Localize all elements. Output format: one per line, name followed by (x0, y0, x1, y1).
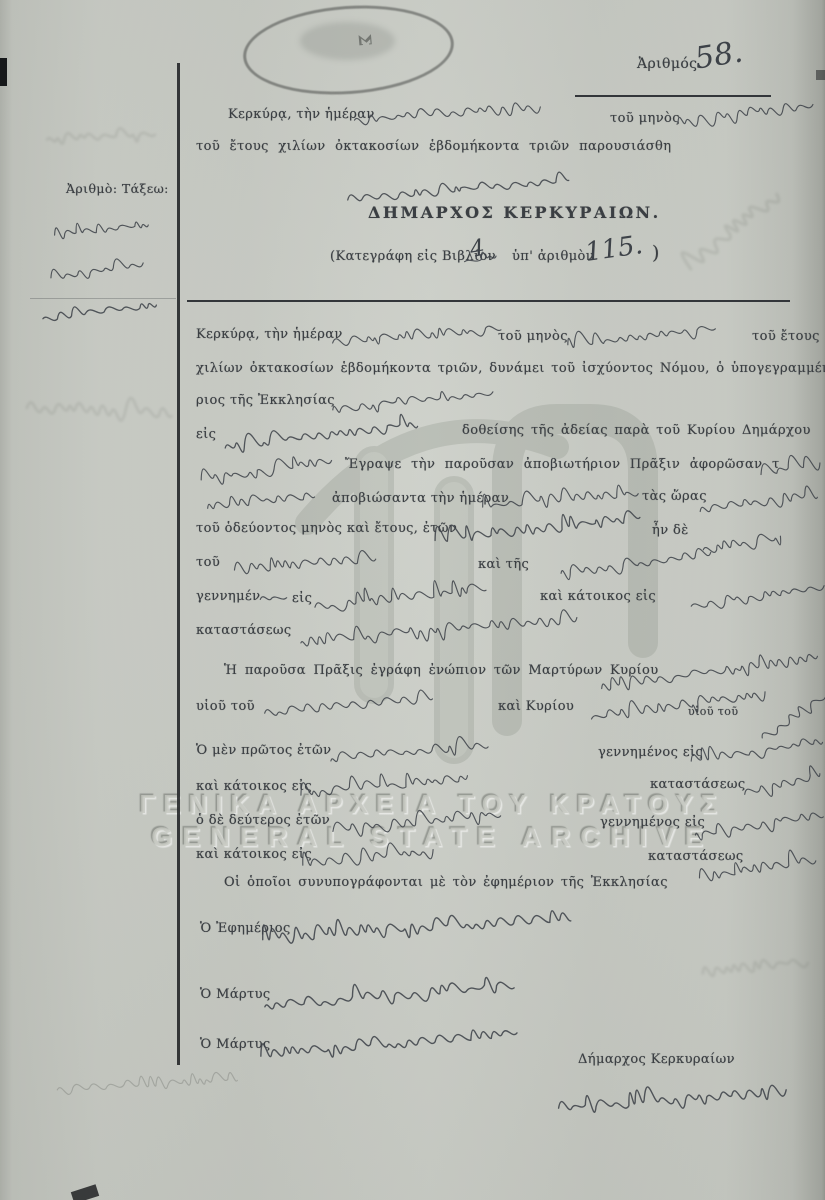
body-line10: καταστάσεως (196, 624, 292, 637)
handwritten-month (673, 80, 817, 141)
body-line14b: καταστάσεως (650, 778, 746, 791)
mayor-title: ΔΗΜΑΡΧΟΣ ΚΕΡΚΥΡΑΙΩΝ. (368, 205, 661, 221)
scan-edge-artifact (816, 70, 825, 80)
body-line13a: Ὁ μὲν πρῶτος ἐτῶν (196, 744, 331, 757)
handwritten-day (351, 84, 533, 136)
pencil-note (54, 1061, 240, 1103)
mayor-label: Δήμαρχος Κερκυραίων (578, 1053, 735, 1066)
stamp-smudge (300, 22, 395, 60)
record-number-value: 58. (693, 34, 746, 76)
body-line12c: υἱοῦ τοῦ (688, 706, 738, 717)
book-number-flourish (461, 243, 500, 270)
scan-edge-artifact (0, 58, 7, 86)
body-line4b: δοθείσης τῆς ἀδείας παρὰ τοῦ Κυρίου Δημά… (462, 424, 811, 437)
body-line2: χιλίων ὀκτακοσίων ἑβδομήκοντα τριῶν, δυν… (196, 362, 825, 375)
body-line12b: καὶ Κυρίου (498, 700, 574, 713)
body-place-day-label: Κερκύρᾳ, τὴν ἡμέραν (196, 328, 343, 341)
handwritten-day-2 (329, 305, 497, 359)
bleedthrough-mark (45, 118, 146, 151)
body-line12a: υἱοῦ τοῦ (196, 700, 255, 713)
registered-suffix: ) (652, 244, 660, 263)
body-line11: Ἡ παροῦσα Πρᾶξις ἐγράφη ἐνώπιον τῶν Μαρτ… (224, 664, 659, 677)
scanned-document-page: ΓΕΝΙΚΑ ΑΡΧΕΙΑ ΤΟΥ ΚΡΑΤΟΥΣ GENERAL STATE … (0, 0, 825, 1200)
registered-number-value: 115. (583, 230, 645, 268)
margin-order-label: Ἀριθμὸ: Τάξεω: (66, 183, 169, 196)
handwritten-gender-ending (257, 583, 287, 609)
body-line7a: τοῦ ὁδεύοντος μηνὸς καὶ ἔτους, ἐτῶν (196, 522, 457, 535)
handwritten-month-2 (563, 304, 717, 361)
bleedthrough-mark (24, 374, 167, 437)
record-number-label: Ἀριθμός (637, 57, 697, 71)
scan-edge-artifact (71, 1184, 99, 1200)
section-divider-rule (187, 300, 790, 302)
body-line3: ριος τῆς Ἐκκλησίας (196, 394, 335, 407)
body-line9a: γεννημέν (196, 590, 260, 603)
body-line8a: τοῦ (196, 556, 220, 569)
body-line16a: καὶ κάτοικος εἰς (196, 848, 312, 861)
body-month-label: τοῦ μηνὸς (498, 330, 568, 343)
body-line5: Ἔγραψε τὴν παροῦσαν ἀποβιωτήριον Πρᾶξιν … (345, 458, 780, 471)
bleedthrough-mark (698, 932, 813, 993)
priest-signature (259, 887, 567, 960)
body-line4a: εἰς (196, 428, 216, 441)
header-month-label: τοῦ μηνὸς (610, 112, 680, 125)
body-line8b: καὶ τῆς (478, 558, 529, 571)
registered-mid: ὑπ' ἀριθμὸν (512, 250, 594, 263)
body-line14a: καὶ κάτοικος εἰς (196, 780, 312, 793)
body-line17: Οἱ ὁποῖοι συνυπογράφονται μὲ τὸν ἐφημέρι… (224, 876, 668, 889)
header-year-line: τοῦ ἔτους χιλίων ὀκτακοσίων ἑβδομήκοντα … (196, 140, 671, 153)
body-year-label: τοῦ ἔτους (752, 330, 820, 343)
bleedthrough-mark (652, 150, 801, 297)
margin-rule (177, 63, 180, 1065)
witness1-label: Ὁ Μάρτυς (200, 988, 271, 1001)
margin-entry-1 (50, 205, 148, 249)
body-line9b: εἰς (292, 592, 312, 605)
mayor-signature-bottom (555, 1065, 773, 1128)
body-line15a: ὁ δὲ δεύτερος ἐτῶν (196, 814, 330, 827)
body-line15b: γεννημένος εἰς (600, 816, 705, 829)
